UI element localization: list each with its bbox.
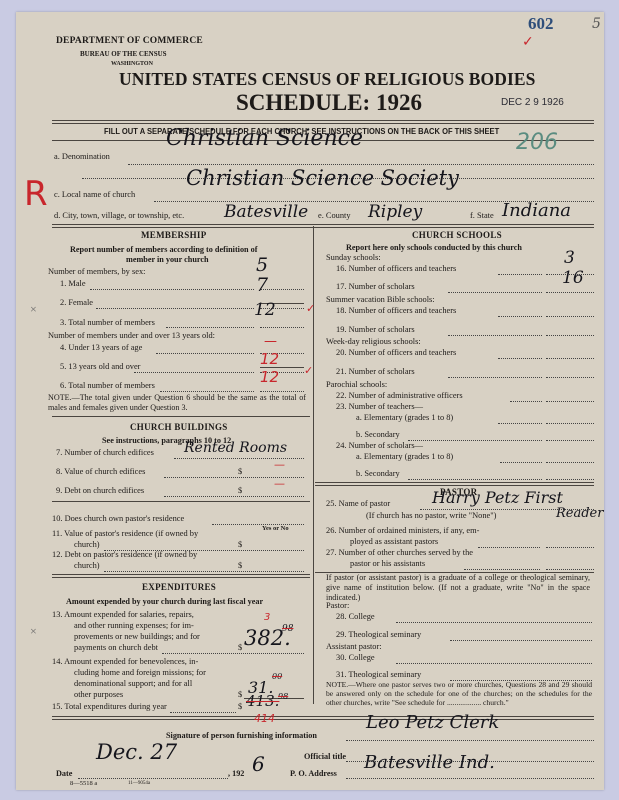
county-value: Ripley bbox=[368, 202, 422, 222]
q24b-label: b. Secondary bbox=[356, 469, 400, 478]
city-label: WASHINGTON bbox=[111, 61, 153, 67]
total-expenditures-cents: 98 bbox=[278, 692, 288, 701]
q23b-label: b. Secondary bbox=[356, 430, 400, 439]
received-date-stamp: DEC 2 9 1926 bbox=[501, 97, 564, 108]
church-buildings-heading: CHURCH BUILDINGS bbox=[130, 422, 228, 432]
q26-label: 26. Number of ordained ministers, if any… bbox=[326, 526, 479, 535]
q6-label: 6. Total number of members bbox=[60, 381, 155, 390]
po-address-value: Batesville Ind. bbox=[364, 752, 495, 773]
currency-symbol: $ bbox=[238, 690, 242, 699]
form-title: UNITED STATES CENSUS OF RELIGIOUS BODIES bbox=[119, 69, 536, 90]
yes-no-hint: Yes or No bbox=[262, 525, 289, 532]
currency-symbol: $ bbox=[238, 540, 242, 549]
currency-symbol: $ bbox=[238, 561, 242, 570]
q11-label-2: church) bbox=[74, 540, 100, 549]
signature-value: Leo Petz Clerk bbox=[366, 712, 499, 733]
year-value: 6 bbox=[252, 752, 265, 776]
sunday-schools-label: Sunday schools: bbox=[326, 253, 381, 262]
membership-heading: MEMBERSHIP bbox=[141, 230, 207, 240]
denomination-value: Christian Science bbox=[166, 126, 363, 151]
q9-label: 9. Debt on church edifices bbox=[56, 486, 144, 495]
assistant-pastor-label: Assistant pastor: bbox=[326, 642, 382, 651]
total-members: 12 bbox=[254, 300, 276, 320]
no-pastor-hint: (If church has no pastor, write "None") bbox=[366, 511, 496, 520]
over-13-count: 12 bbox=[260, 350, 279, 368]
membership-note: NOTE.—The total given under Question 6 s… bbox=[48, 393, 306, 413]
expenditures-subheading: Amount expended by your church during la… bbox=[66, 597, 263, 606]
edifice-debt: — bbox=[274, 477, 285, 490]
q21-label: 21. Number of scholars bbox=[336, 367, 415, 376]
state-label: f. State bbox=[470, 211, 494, 220]
graduate-note: If pastor (or assistant pastor) is a gra… bbox=[326, 573, 590, 603]
q28-label: 28. College bbox=[336, 612, 375, 621]
tally-mark: × bbox=[30, 302, 37, 317]
pastor-name-value: Harry Petz First bbox=[432, 488, 563, 507]
check-mark-icon: ✓ bbox=[306, 302, 315, 315]
q24a-label: a. Elementary (grades 1 to 8) bbox=[356, 452, 453, 461]
sunday-officers-count: 3 bbox=[564, 248, 575, 268]
pastor-note: NOTE.—Where one pastor serves two or mor… bbox=[326, 680, 592, 707]
census-schedule-page: DEPARTMENT OF COMMERCE BUREAU OF THE CEN… bbox=[16, 12, 604, 790]
local-name-value: Christian Science Society bbox=[186, 166, 459, 190]
q13-label-4: payments on church debt bbox=[74, 643, 158, 652]
q14-label-3: denominational support; and for all bbox=[74, 679, 192, 688]
q19-label: 19. Number of scholars bbox=[336, 325, 415, 334]
q20-label: 20. Number of officers and teachers bbox=[336, 348, 456, 357]
q12-label-2: church) bbox=[74, 561, 100, 570]
q10-label: 10. Does church own pastor's residence bbox=[52, 514, 184, 523]
q15-label: 15. Total expenditures during year bbox=[52, 702, 167, 711]
q30-label: 30. College bbox=[336, 653, 375, 662]
female-count: 7 bbox=[256, 274, 268, 296]
pastor-sub-label: Pastor: bbox=[326, 601, 349, 610]
total-expenditures-correction: 414 bbox=[254, 712, 275, 725]
total-expenditures-value: 413. bbox=[246, 692, 279, 710]
check-mark-icon: ✓ bbox=[522, 34, 534, 50]
signature-label: Signature of person furnishing informati… bbox=[166, 731, 317, 740]
date-value: Dec. 27 bbox=[96, 740, 177, 764]
edifice-value: — bbox=[274, 458, 285, 471]
church-edifices-value: Rented Rooms bbox=[184, 440, 287, 456]
church-schools-subheading: Report here only schools conducted by th… bbox=[346, 243, 522, 252]
local-name-label: c. Local name of church bbox=[54, 190, 135, 199]
expenditures-heading: EXPENDITURES bbox=[142, 582, 216, 592]
denomination-label: a. Denomination bbox=[54, 152, 110, 161]
currency-symbol: $ bbox=[238, 467, 242, 476]
age-label: Number of members under and over 13 year… bbox=[48, 331, 215, 340]
q13-label-2: and other running expenses; for im- bbox=[74, 621, 194, 630]
q16-label: 16. Number of officers and teachers bbox=[336, 264, 456, 273]
q14-label-4: other purposes bbox=[74, 690, 123, 699]
total-members-age: 12 bbox=[260, 368, 279, 386]
q27-label-2: pastor or his assistants bbox=[350, 559, 425, 568]
q5-label: 5. 13 years old and over bbox=[60, 362, 140, 371]
city-label-field: d. City, town, village, or township, etc… bbox=[54, 211, 184, 220]
stamp-number: 602 bbox=[528, 14, 554, 34]
corner-mark: 5 bbox=[592, 16, 601, 32]
check-mark-icon: ✓ bbox=[304, 364, 313, 377]
q13-label-3: provements or new buildings; and for bbox=[74, 632, 200, 641]
q23-label: 23. Number of teachers— bbox=[336, 402, 423, 411]
q8-label: 8. Value of church edifices bbox=[56, 467, 145, 476]
date-label: Date bbox=[56, 769, 72, 778]
state-value: Indiana bbox=[502, 200, 571, 221]
q12-label: 12. Debt on pastor's residence (if owned… bbox=[52, 550, 197, 559]
department-label: DEPARTMENT OF COMMERCE bbox=[56, 36, 203, 46]
q4-label: 4. Under 13 years of age bbox=[60, 343, 142, 352]
tally-mark: × bbox=[30, 624, 37, 639]
membership-subheading: Report number of members according to de… bbox=[70, 245, 257, 254]
form-number: 8—5518 a bbox=[70, 780, 97, 787]
under-13-count: — bbox=[264, 334, 277, 349]
q26-label-2: ployed as assistant pastors bbox=[350, 537, 438, 546]
q2-label: 2. Female bbox=[60, 298, 93, 307]
q18-label: 18. Number of officers and teachers bbox=[336, 306, 456, 315]
q11-label: 11. Value of pastor's residence (if owne… bbox=[52, 529, 198, 538]
church-schools-heading: CHURCH SCHOOLS bbox=[412, 230, 502, 240]
official-title-label: Official title bbox=[304, 752, 346, 761]
currency-symbol: $ bbox=[238, 643, 242, 652]
weekday-schools-label: Week-day religious schools: bbox=[326, 337, 421, 346]
schedule-title: SCHEDULE: 1926 bbox=[236, 90, 422, 116]
q22-label: 22. Number of administrative officers bbox=[336, 391, 463, 400]
form-number-2: 11—9054a bbox=[128, 781, 150, 786]
benevolences-cents: 00 bbox=[272, 672, 282, 681]
q24-label: 24. Number of scholars— bbox=[336, 441, 423, 450]
sunday-scholars-count: 16 bbox=[562, 268, 584, 288]
membership-subheading-2: member in your church bbox=[126, 255, 209, 264]
male-count: 5 bbox=[256, 254, 268, 276]
q27-label: 27. Number of other churches served by t… bbox=[326, 548, 473, 557]
currency-symbol: $ bbox=[238, 486, 242, 495]
county-label: e. County bbox=[318, 211, 351, 220]
q29-label: 29. Theological seminary bbox=[336, 630, 421, 639]
q1-label: 1. Male bbox=[60, 279, 86, 288]
running-expenses-cents: 98 bbox=[282, 624, 293, 634]
currency-symbol: $ bbox=[238, 702, 242, 711]
year-prefix: , 192 bbox=[228, 769, 244, 778]
q3-label: 3. Total number of members bbox=[60, 318, 155, 327]
q14-label-2: cluding home and foreign missions; for bbox=[74, 668, 206, 677]
q13-label: 13. Amount expended for salaries, repair… bbox=[52, 610, 194, 619]
review-mark: R bbox=[24, 174, 48, 214]
running-expenses-correction: 3 bbox=[264, 612, 270, 623]
summer-schools-label: Summer vacation Bible schools: bbox=[326, 295, 435, 304]
q17-label: 17. Number of scholars bbox=[336, 282, 415, 291]
q14-label: 14. Amount expended for benevolences, in… bbox=[52, 657, 198, 666]
q31-label: 31. Theological seminary bbox=[336, 670, 421, 679]
denomination-code: 206 bbox=[516, 130, 558, 155]
bureau-label: BUREAU OF THE CENSUS bbox=[80, 50, 167, 58]
pastor-title-value: Reader bbox=[556, 506, 603, 521]
city-value: Batesville bbox=[224, 202, 308, 222]
po-address-label: P. O. Address bbox=[290, 769, 337, 778]
q23a-label: a. Elementary (grades 1 to 8) bbox=[356, 413, 453, 422]
parochial-schools-label: Parochial schools: bbox=[326, 380, 387, 389]
q7-label: 7. Number of church edifices bbox=[56, 448, 154, 457]
by-sex-label: Number of members, by sex: bbox=[48, 267, 145, 276]
q25-label: 25. Name of pastor bbox=[326, 499, 390, 508]
